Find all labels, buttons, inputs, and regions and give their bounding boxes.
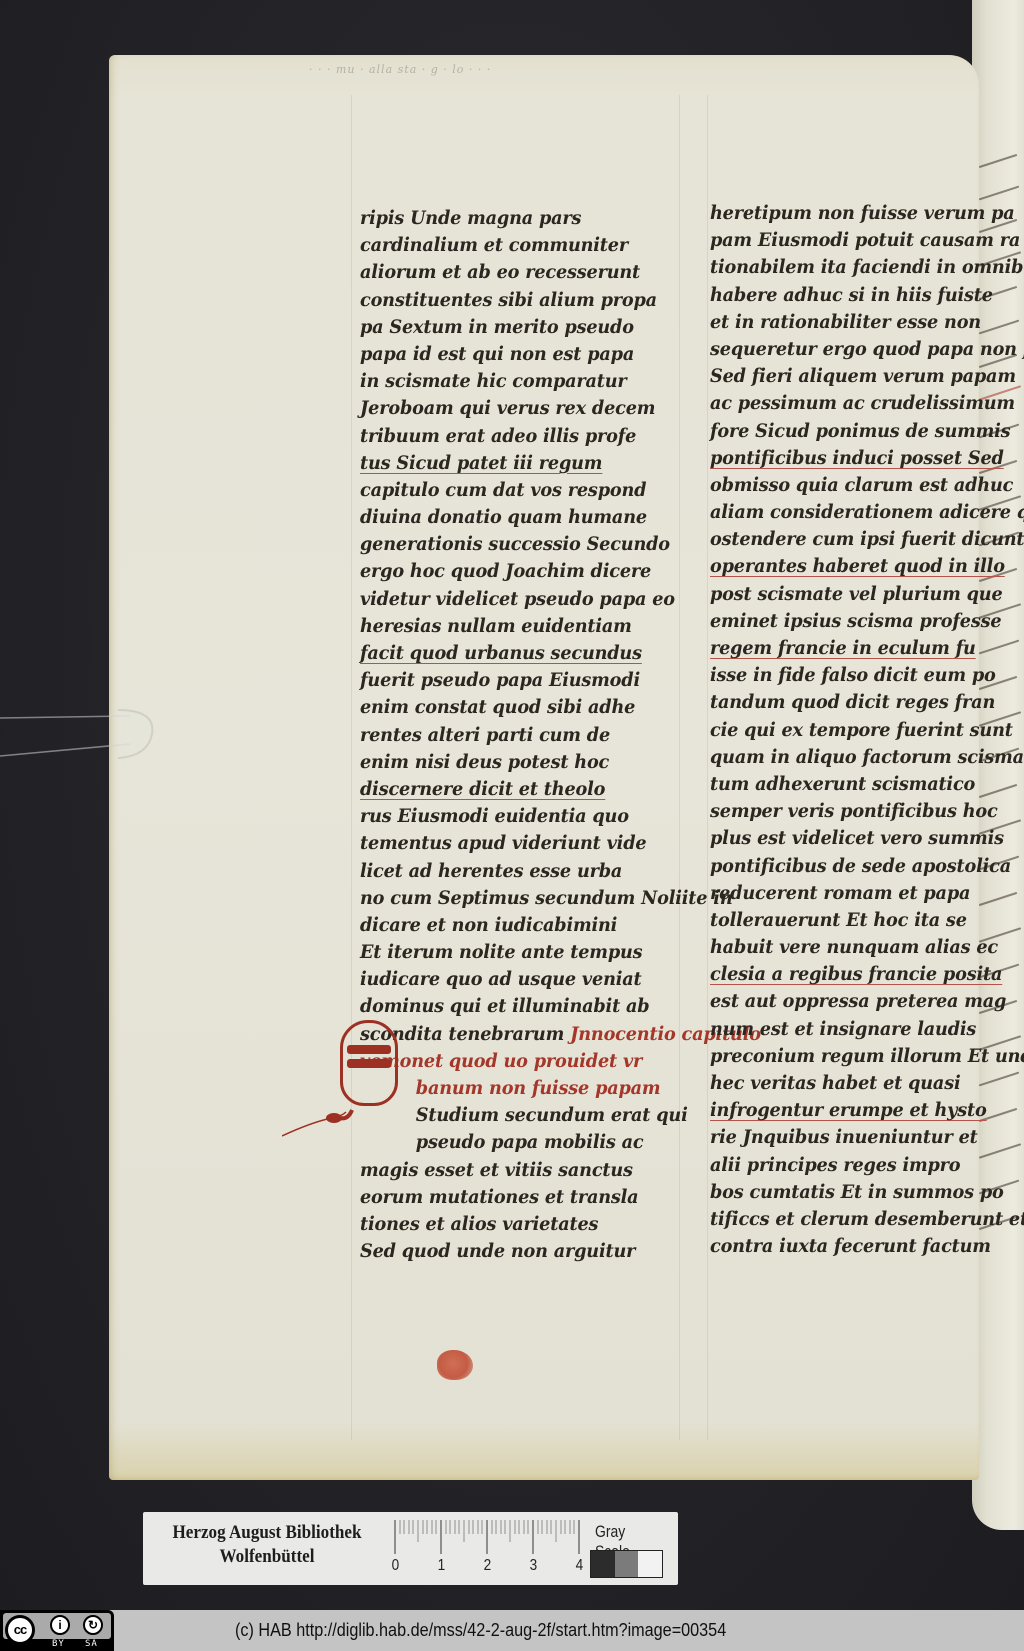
initial-stroke: [347, 1045, 391, 1054]
text-line: contra iuxta fecerunt factum: [710, 1233, 961, 1260]
text-line: hec veritas habet et quasi: [710, 1070, 961, 1097]
scale-number: 4: [576, 1557, 584, 1575]
script-stroke: [979, 784, 1018, 798]
cc-license-badge[interactable]: cc i ↻ BY SA: [0, 1610, 114, 1651]
text-line: pseudo papa mobilis ac: [360, 1129, 648, 1156]
rubric-line: vemonet quod uo prouidet vr: [360, 1048, 648, 1075]
text-line: rentes alteri parti cum de: [360, 722, 648, 749]
text-line: facit quod urbanus secundus: [360, 640, 648, 667]
ruler-scale-icon: [393, 1520, 583, 1554]
text-line: iudicare quo ad usque veniat: [360, 966, 648, 993]
initial-flourish-icon: [282, 1108, 362, 1138]
script-stroke: [979, 186, 1020, 201]
text-line: constituentes sibi alium propa: [360, 287, 648, 314]
text-line: plus est videlicet vero summis: [710, 825, 961, 852]
text-line: tionabilem ita faciendi in omnibus: [710, 254, 961, 281]
text-line: dominus qui et illuminabit ab: [360, 993, 648, 1020]
text-line: aliam considerationem adicere qua: [710, 499, 961, 526]
text-line: num est et insignare laudis: [710, 1016, 961, 1043]
text-line: quam in aliquo factorum scisma: [710, 744, 961, 771]
institution-name: Herzog August Bibliothek Wolfenbüttel: [168, 1521, 366, 1569]
text-line: ostendere cum ipsi fuerit dicunt: [710, 526, 961, 553]
text-line: Jeroboam qui verus rex decem: [360, 395, 648, 422]
scale-number: 3: [530, 1557, 538, 1575]
decorated-initial: [340, 1020, 398, 1106]
text-line: bos cumtatis Et in summos po: [710, 1179, 961, 1206]
text-line: tificcs et clerum desemberunt et: [710, 1206, 961, 1233]
script-stroke: [979, 320, 1020, 335]
gray-swatch-dark: [591, 1551, 615, 1577]
initial-stroke: [347, 1059, 391, 1068]
text-line: pontificibus induci posset Sed: [710, 445, 961, 472]
text-line: pa Sextum in merito pseudo: [360, 314, 648, 341]
institution-line-1: Herzog August Bibliothek: [168, 1521, 366, 1545]
page-clip-icon: [0, 706, 155, 762]
text-line: ac pessimum ac crudelissimum: [710, 390, 961, 417]
text-line: enim nisi deus potest hoc: [360, 749, 648, 776]
ruling-line: [351, 95, 352, 1440]
text-line: capitulo cum dat vos respond: [360, 477, 648, 504]
text-line: diuina donatio quam humane: [360, 504, 648, 531]
script-stroke: [979, 640, 1020, 655]
text-line: habere adhuc si in hiis fuiste: [710, 282, 961, 309]
text-line: obmisso quia clarum est adhuc: [710, 472, 961, 499]
text-line: cie qui ex tempore fuerint sunt: [710, 717, 961, 744]
text-line: enim constat quod sibi adhe: [360, 694, 648, 721]
text-line: tus Sicud patet iii regum: [360, 450, 648, 477]
text-line: ergo hoc quod Joachim dicere: [360, 558, 648, 585]
text-line: ripis Unde magna pars: [360, 205, 648, 232]
scale-number: 0: [392, 1557, 400, 1575]
text-line: Studium secundum erat qui: [360, 1102, 648, 1129]
attribution-icon: i: [50, 1615, 70, 1635]
wax-stain: [437, 1350, 473, 1380]
text-line: heretipum non fuisse verum pa: [710, 200, 961, 227]
text-line: infrogentur erumpe et hysto: [710, 1097, 961, 1124]
text-line: magis esset et vitiis sanctus: [360, 1157, 648, 1184]
institution-line-2: Wolfenbüttel: [168, 1545, 366, 1569]
share-alike-icon: ↻: [83, 1615, 103, 1635]
ruling-line: [679, 95, 680, 1440]
script-stroke: [979, 892, 1018, 906]
text-line: fuerit pseudo papa Eiusmodi: [360, 667, 648, 694]
text-line: regem francie in eculum fu: [710, 635, 961, 662]
text-line: licet ad herentes esse urba: [360, 858, 648, 885]
text-line: tollerauerunt Et hoc ita se: [710, 907, 961, 934]
scale-number: 2: [484, 1557, 492, 1575]
text-line: pam Eiusmodi potuit causam ra: [710, 227, 961, 254]
text-line: tribuum erat adeo illis profe: [360, 423, 648, 450]
text-line: rus Eiusmodi euidentia quo: [360, 803, 648, 830]
script-stroke: [979, 1143, 1021, 1158]
text-line: preconium regum illorum Et unde: [710, 1043, 961, 1070]
script-stroke: [979, 1072, 1020, 1087]
text-line: clesia a regibus francie posita: [710, 961, 961, 988]
credit-url-text[interactable]: (c) HAB http://diglib.hab.de/mss/42-2-au…: [235, 1620, 726, 1641]
ruling-line: [707, 95, 708, 1440]
creative-commons-icon: cc: [5, 1615, 35, 1645]
rubric-line: banum non fuisse papam: [360, 1075, 648, 1102]
gray-swatch-mid: [615, 1551, 639, 1577]
text-line: operantes haberet quod in illo: [710, 553, 961, 580]
right-text-column: heretipum non fuisse verum pa pam Eiusmo…: [710, 200, 980, 1260]
text-line: rie Jnquibus inueniuntur et: [710, 1124, 961, 1151]
text-line: aliorum et ab eo recesserunt: [360, 259, 648, 286]
gray-scale-swatches: [590, 1550, 663, 1578]
text-line: reducerent romam et papa: [710, 880, 961, 907]
text-line: eorum mutationes et transla: [360, 1184, 648, 1211]
left-text-column: ripis Unde magna pars cardinalium et com…: [360, 205, 670, 1265]
text-line: tementus apud videriunt vide: [360, 830, 648, 857]
text-line: alii principes reges impro: [710, 1152, 961, 1179]
text-line: pontificibus de sede apostolica: [710, 853, 961, 880]
text-line: papa id est qui non est papa: [360, 341, 648, 368]
text-line: in scismate hic comparatur: [360, 368, 648, 395]
text-line: sequeretur ergo quod papa non fuerit: [710, 336, 961, 363]
manuscript-page: · · · mu · alla sta · g · lo · · · ripis…: [109, 55, 979, 1480]
text-line: generationis successio Secundo: [360, 531, 648, 558]
text-line: discernere dicit et theolo: [360, 776, 648, 803]
text-line: videtur videlicet pseudo papa eo: [360, 586, 648, 613]
text-line: cardinalium et communiter: [360, 232, 648, 259]
text-line: scondita tenebrarum Jnnocentio capitulo: [360, 1021, 648, 1048]
scale-number: 1: [438, 1557, 446, 1575]
text-line: dicare et non iudicabimini: [360, 912, 648, 939]
text-line: eminet ipsius scisma professe: [710, 608, 961, 635]
text-line: tum adhexerunt scismatico: [710, 771, 961, 798]
sa-label: SA: [85, 1639, 98, 1649]
text-line: isse in fide falso dicit eum po: [710, 662, 961, 689]
text-line: tiones et alios varietates: [360, 1211, 648, 1238]
text-line: habuit vere nunquam alias ec: [710, 934, 961, 961]
text-line: fore Sicud ponimus de summis: [710, 418, 961, 445]
by-label: BY: [52, 1639, 65, 1649]
color-scale-card: Herzog August Bibliothek Wolfenbüttel 0 …: [143, 1512, 678, 1585]
gray-swatch-light: [638, 1551, 662, 1577]
text-line: Et iterum nolite ante tempus: [360, 939, 648, 966]
text-line: Sed quod unde non arguitur: [360, 1238, 648, 1265]
text-line: heresias nullam euidentiam: [360, 613, 648, 640]
text-line: semper veris pontificibus hoc: [710, 798, 961, 825]
script-stroke: [979, 154, 1018, 168]
text-line: no cum Septimus secundum Noliite in: [360, 885, 648, 912]
text-line: tandum quod dicit reges fran: [710, 689, 961, 716]
ruler-numbers: 0 1 2 3 4: [391, 1557, 591, 1577]
text-line: est aut oppressa preterea mag: [710, 988, 961, 1015]
text-line: post scismate vel plurium que: [710, 581, 961, 608]
text-line: Sed fieri aliquem verum papam: [710, 363, 961, 390]
text-line: et in rationabiliter esse non: [710, 309, 961, 336]
top-margin-note: · · · mu · alla sta · g · lo · · ·: [309, 63, 491, 76]
